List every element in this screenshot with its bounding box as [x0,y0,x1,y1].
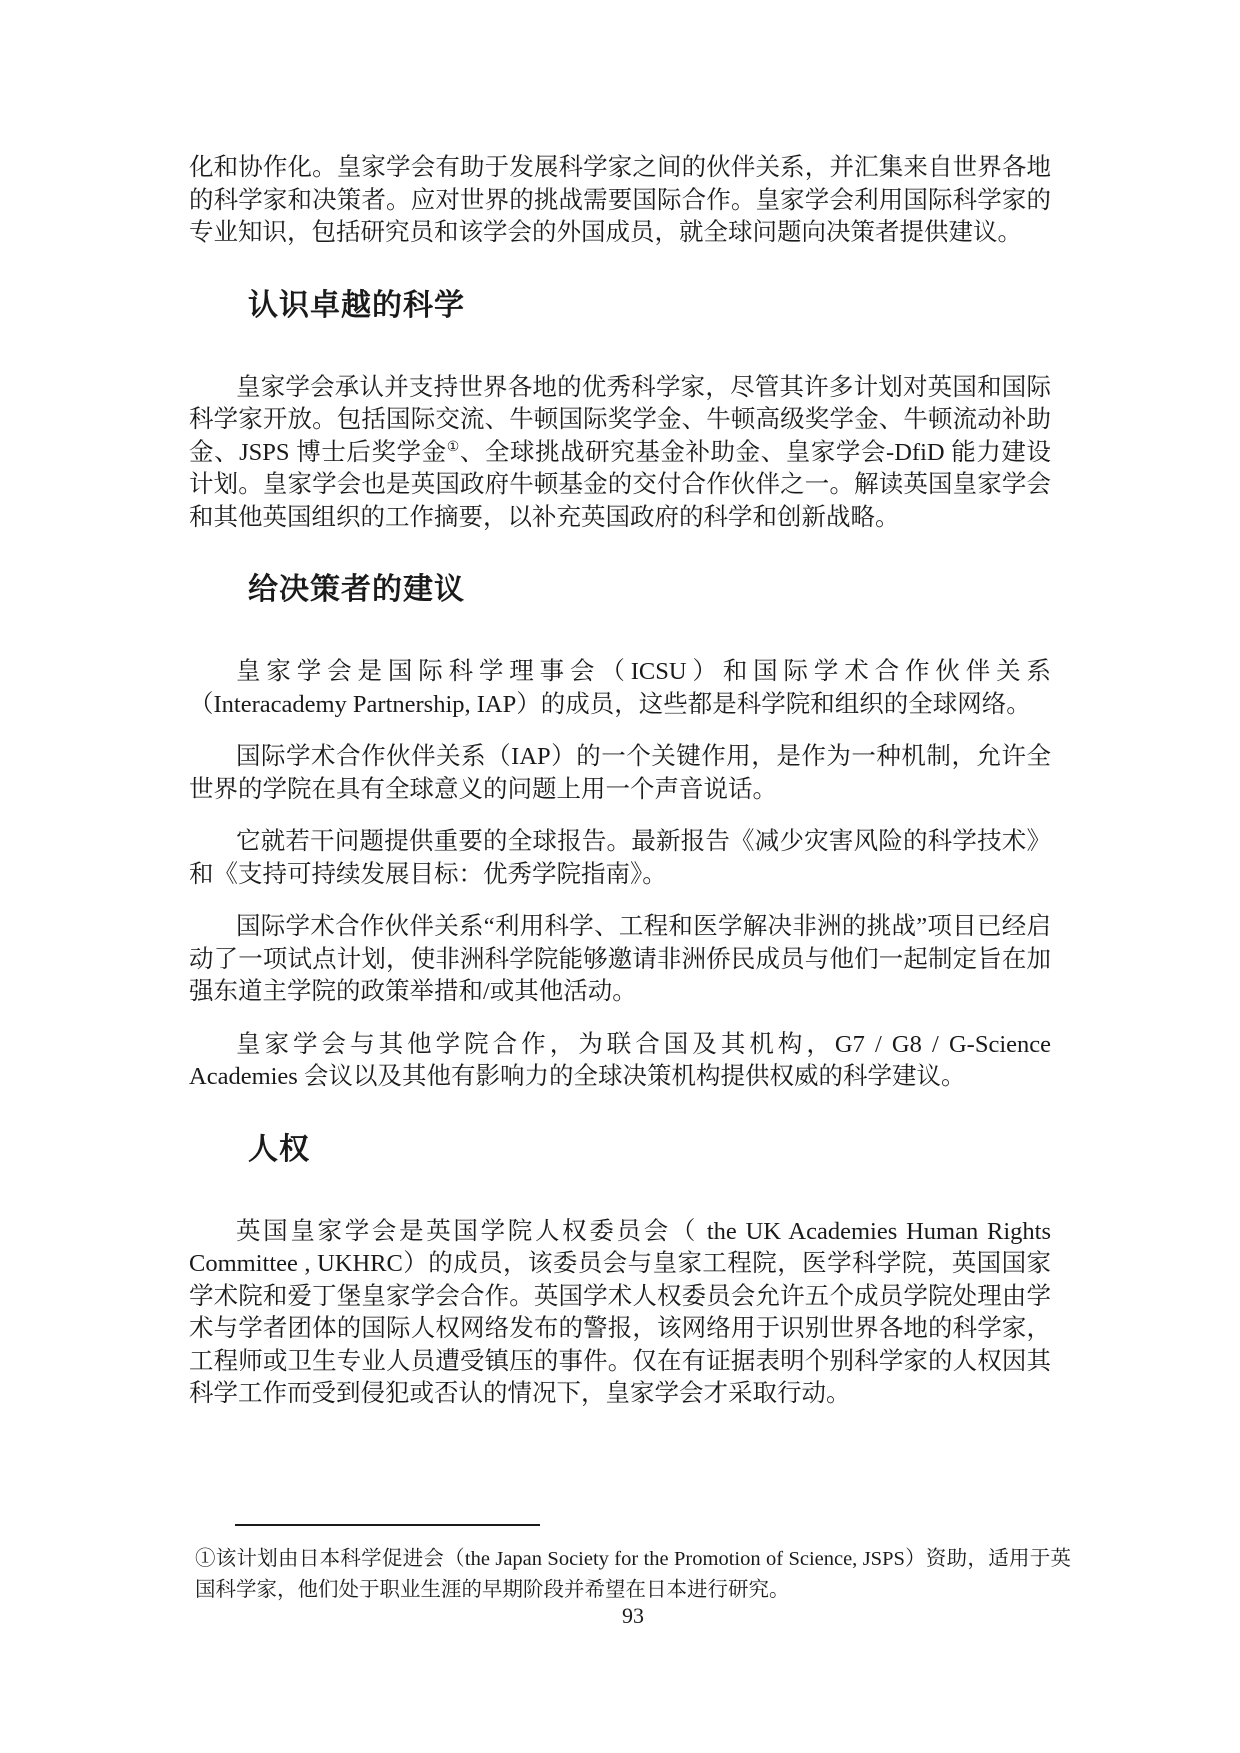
paragraph-recognising-science: 皇家学会承认并支持世界各地的优秀科学家，尽管其许多计划对英国和国际科学家开放。包… [189,372,1051,535]
section-heading-human-rights: 人权 [189,1132,1051,1168]
paragraph-continuation: 化和协作化。皇家学会有助于发展科学家之间的伙伴关系，并汇集来自世界各地的科学家和… [189,152,1051,250]
document-page: 化和协作化。皇家学会有助于发展科学家之间的伙伴关系，并汇集来自世界各地的科学家和… [0,0,1240,1753]
section-heading-recognising-excellent-science: 认识卓越的科学 [189,288,1051,324]
footnote-separator-line [235,1524,540,1526]
paragraph-icsu-iap-membership: 皇家学会是国际科学理事会（ICSU）和国际学术合作伙伴关系（Interacade… [189,656,1051,721]
footnote-text: 该计划由日本科学促进会（the Japan Society for the Pr… [195,1548,1071,1601]
section-heading-advice-to-policymakers: 给决策者的建议 [189,572,1051,608]
page-number: 93 [195,1603,1071,1629]
paragraph-africa-challenges-project: 国际学术合作伙伴关系“利用科学、工程和医学解决非洲的挑战”项目已经启动了一项试点… [189,911,1051,1009]
footnote-reference-marker: ① [447,439,460,454]
footnote-marker: ① [195,1548,216,1570]
paragraph-iap-key-role: 国际学术合作伙伴关系（IAP）的一个关键作用，是作为一种机制，允许全世界的学院在… [189,741,1051,806]
footnote: ①该计划由日本科学促进会（the Japan Society for the P… [195,1544,1071,1606]
paragraph-human-rights-committee: 英国皇家学会是英国学院人权委员会（ the UK Academies Human… [189,1216,1051,1411]
paragraph-un-g7-g8-advice: 皇家学会与其他学院合作，为联合国及其机构，G7 / G8 / G-Science… [189,1029,1051,1094]
paragraph-global-reports: 它就若干问题提供重要的全球报告。最新报告《减少灾害风险的科学技术》和《支持可持续… [189,826,1051,891]
text-column: 化和协作化。皇家学会有助于发展科学家之间的伙伴关系，并汇集来自世界各地的科学家和… [189,0,1051,1411]
